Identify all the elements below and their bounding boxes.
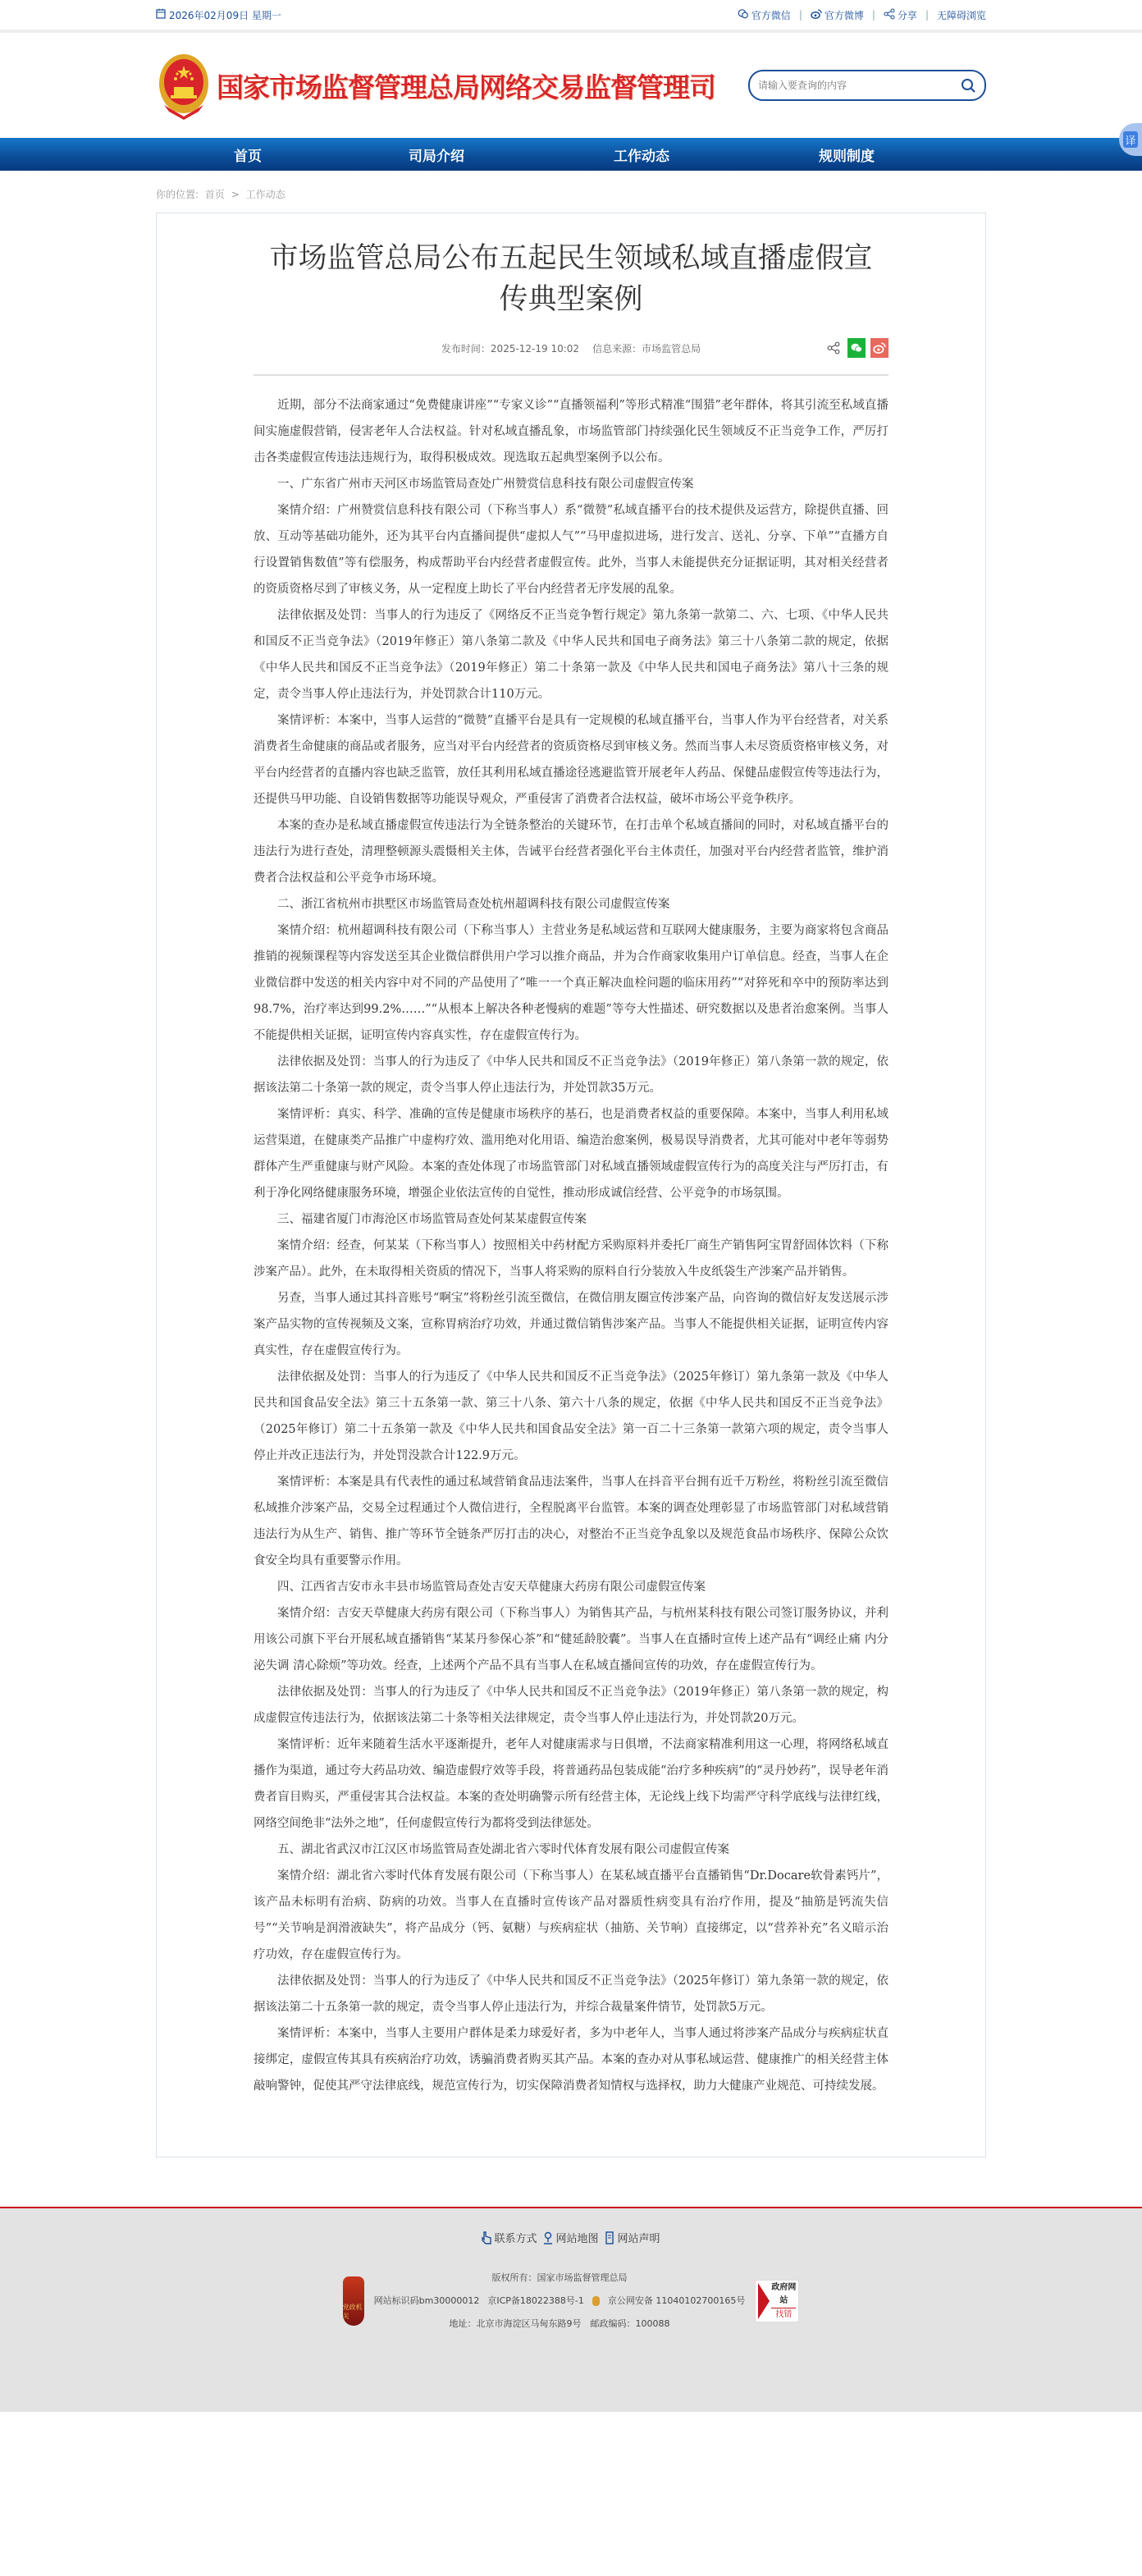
date-text: 2026年02月09日 星期一 [169,8,281,22]
nav-item-about[interactable]: 司局介绍 [371,144,502,165]
search-box [748,70,986,101]
site-brand[interactable]: 国家市场监督管理总局网络交易监督管理司 [156,51,715,120]
share-icon [827,341,840,355]
breadcrumb: 你的位置: 首页 > 工作动态 [156,171,986,213]
paragraph: 案情介绍：吉安天草健康大药房有限公司（下称当事人）为销售其产品，与杭州某科技有限… [254,1600,888,1679]
hand-pointer-icon [482,2231,491,2244]
paragraph: 法律依据及处罚：当事人的行为违反了《网络反不正当竞争暂行规定》第九条第一款第二、… [254,602,888,707]
divider [254,374,888,376]
case-heading: 四、江西省吉安市永丰县市场监管局查处吉安天草健康大药房有限公司虚假宣传案 [254,1574,888,1600]
site-header: 国家市场监督管理总局网络交易监督管理司 [0,33,1142,138]
article-meta: 发布时间：2025-12-19 10:02 信息来源：市场监管总局 [254,338,888,358]
registration-row: 网站标识码bm30000012 京ICP备18022388号-1 京公网安备 1… [374,2290,746,2313]
police-record[interactable]: 京公网安备 11040102700165号 [608,2290,745,2313]
date-display: 2026年02月09日 星期一 [156,8,281,22]
document-icon [605,2231,615,2244]
case-heading: 五、湖北省武汉市江汉区市场监管局查处湖北省六零时代体育发展有限公司虚假宣传案 [254,1837,888,1863]
map-pin-icon [543,2231,553,2244]
footer-statement-label: 网站声明 [618,2230,660,2245]
weibo-icon [811,8,822,22]
breadcrumb-current[interactable]: 工作动态 [246,189,285,200]
main-nav: 首页 司局介绍 工作动态 规则制度 [0,138,1142,171]
footer-links: 联系方式 网站地图 网站声明 [0,2208,1142,2245]
nav-item-rules[interactable]: 规则制度 [781,144,912,165]
nav-item-home[interactable]: 首页 [199,144,297,165]
national-emblem-icon [156,51,212,120]
footer-link-statement[interactable]: 网站声明 [605,2230,660,2245]
paragraph: 法律依据及处罚：当事人的行为违反了《中华人民共和国反不正当竞争法》（2025年修… [254,1968,888,2020]
zhaocuo-line2: 找错 [775,2310,792,2319]
info-source: 信息来源：市场监管总局 [592,341,701,355]
paragraph: 案情介绍：杭州超调科技有限公司（下称当事人）主营业务是私域运营和互联网大健康服务… [254,917,888,1049]
official-wechat-link[interactable]: 官方微信 [738,8,791,22]
party-government-label: 党政机关 [343,2303,364,2321]
nav-item-news[interactable]: 工作动态 [576,144,707,165]
calendar-icon [156,8,166,21]
footer-contact-label: 联系方式 [494,2230,537,2245]
share-weibo-button[interactable] [870,338,888,358]
case-heading: 一、广东省广州市天河区市场监管局查处广州赞赏信息科技有限公司虚假宣传案 [254,471,888,497]
copyright: 版权所有：国家市场监督管理总局 [374,2267,746,2290]
address: 地址：北京市海淀区马甸东路9号 邮政编码：100088 [374,2313,746,2336]
divider: | [925,9,929,21]
footer-info-block: 党政机关 版权所有：国家市场监督管理总局 网站标识码bm30000012 京IC… [0,2267,1142,2336]
police-badge-icon [592,2296,600,2306]
weibo-icon [873,341,886,355]
paragraph: 案情评析：真实、科学、准确的宣传是健康市场秩序的基石，也是消费者权益的重要保障。… [254,1101,888,1206]
official-wechat-label: 官方微信 [751,8,791,22]
search-button[interactable] [960,77,976,94]
paragraph: 法律依据及处罚：当事人的行为违反了《中华人民共和国反不正当竞争法》（2019年修… [254,1049,888,1101]
paragraph: 案情评析：近年来随着生活水平逐渐提升，老年人对健康需求与日俱增，不法商家精准利用… [254,1732,888,1837]
top-bar: 2026年02月09日 星期一 官方微信 | 官方微博 | 分享 | 无障碍浏览 [0,0,1142,33]
paragraph: 案情评析：本案中，当事人主要用户群体是柔力球爱好者，多为中老年人，当事人通过将涉… [254,2020,888,2099]
accessibility-link[interactable]: 无障碍浏览 [937,8,986,22]
article-title: 市场监管总局公布五起民生领域私域直播虚假宣传典型案例 [254,238,888,320]
paragraph: 案情介绍：经查，何某某（下称当事人）按照相关中药材配方采购原料并委托厂商生产销售… [254,1233,888,1285]
article-container: 市场监管总局公布五起民生领域私域直播虚假宣传典型案例 发布时间：2025-12-… [156,213,986,2157]
top-links: 官方微信 | 官方微博 | 分享 | 无障碍浏览 [738,8,986,22]
share-buttons [825,338,888,358]
share-icon [884,8,895,22]
site-title: 国家市场监督管理总局网络交易监督管理司 [217,66,715,105]
paragraph: 本案的查办是私域直播虚假宣传违法行为全链条整治的关键环节，在打击单个私域直播间的… [254,812,888,891]
wechat-icon [738,8,749,22]
paragraph: 法律依据及处罚：当事人的行为违反了《中华人民共和国反不正当竞争法》（2025年修… [254,1364,888,1469]
publish-time: 发布时间：2025-12-19 10:02 [441,341,579,355]
search-input[interactable] [758,80,960,91]
magnifier-flag-icon [758,2283,770,2319]
translate-icon: 译 [1123,131,1138,148]
paragraph: 案情介绍：湖北省六零时代体育发展有限公司（下称当事人）在某私域直播平台直播销售“… [254,1863,888,1968]
site-footer: 联系方式 网站地图 网站声明 党政机关 版权所有：国家市场监督管理总局 网站标识… [0,2207,1142,2412]
breadcrumb-prefix: 你的位置: [156,189,199,200]
accessibility-label: 无障碍浏览 [937,8,986,22]
paragraph: 案情评析：本案中，当事人运营的“微赞”直播平台是具有一定规模的私域直播平台，当事… [254,707,888,812]
paragraph: 案情评析：本案是具有代表性的通过私域营销食品违法案件，当事人在抖音平台拥有近千万… [254,1469,888,1574]
official-weibo-label: 官方微博 [825,8,864,22]
wechat-icon [850,341,863,355]
footer-link-sitemap[interactable]: 网站地图 [543,2230,598,2245]
gov-website-error-report-button[interactable]: 政府网站 找错 [755,2280,799,2322]
share-wechat-button[interactable] [847,338,866,358]
footer-sitemap-label: 网站地图 [555,2230,598,2245]
share-link[interactable]: 分享 [884,8,917,22]
case-heading: 三、福建省厦门市海沧区市场监管局查处何某某虚假宣传案 [254,1206,888,1233]
official-weibo-link[interactable]: 官方微博 [811,8,864,22]
icp-number[interactable]: 京ICP备18022388号-1 [487,2290,584,2313]
divider: | [872,9,875,21]
party-government-badge[interactable]: 党政机关 [343,2276,364,2326]
case-heading: 二、浙江省杭州市拱墅区市场监管局查处杭州超调科技有限公司虚假宣传案 [254,891,888,917]
site-code: 网站标识码bm30000012 [374,2290,480,2313]
footer-info: 版权所有：国家市场监督管理总局 网站标识码bm30000012 京ICP备180… [374,2267,746,2336]
breadcrumb-home[interactable]: 首页 [205,189,225,200]
breadcrumb-separator: > [231,189,240,200]
paragraph: 另查，当事人通过其抖音账号“啊宝”将粉丝引流至微信，在微信朋友圈宣传涉案产品，向… [254,1285,888,1364]
paragraph: 法律依据及处罚：当事人的行为违反了《中华人民共和国反不正当竞争法》（2019年修… [254,1679,888,1732]
paragraph: 案情介绍：广州赞赏信息科技有限公司（下称当事人）系“微赞”私域直播平台的技术提供… [254,497,888,602]
footer-link-contact[interactable]: 联系方式 [482,2230,537,2245]
share-button[interactable] [825,338,843,358]
zhaocuo-line1: 政府网站 [771,2281,796,2308]
article-body: 近期，部分不法商家通过“免费健康讲座”“专家义诊”“直播领福利”等形式精准“围猎… [254,392,888,2099]
share-label: 分享 [898,8,917,22]
paragraph: 近期，部分不法商家通过“免费健康讲座”“专家义诊”“直播领福利”等形式精准“围猎… [254,392,888,471]
divider: | [799,9,802,21]
search-icon [960,77,976,94]
